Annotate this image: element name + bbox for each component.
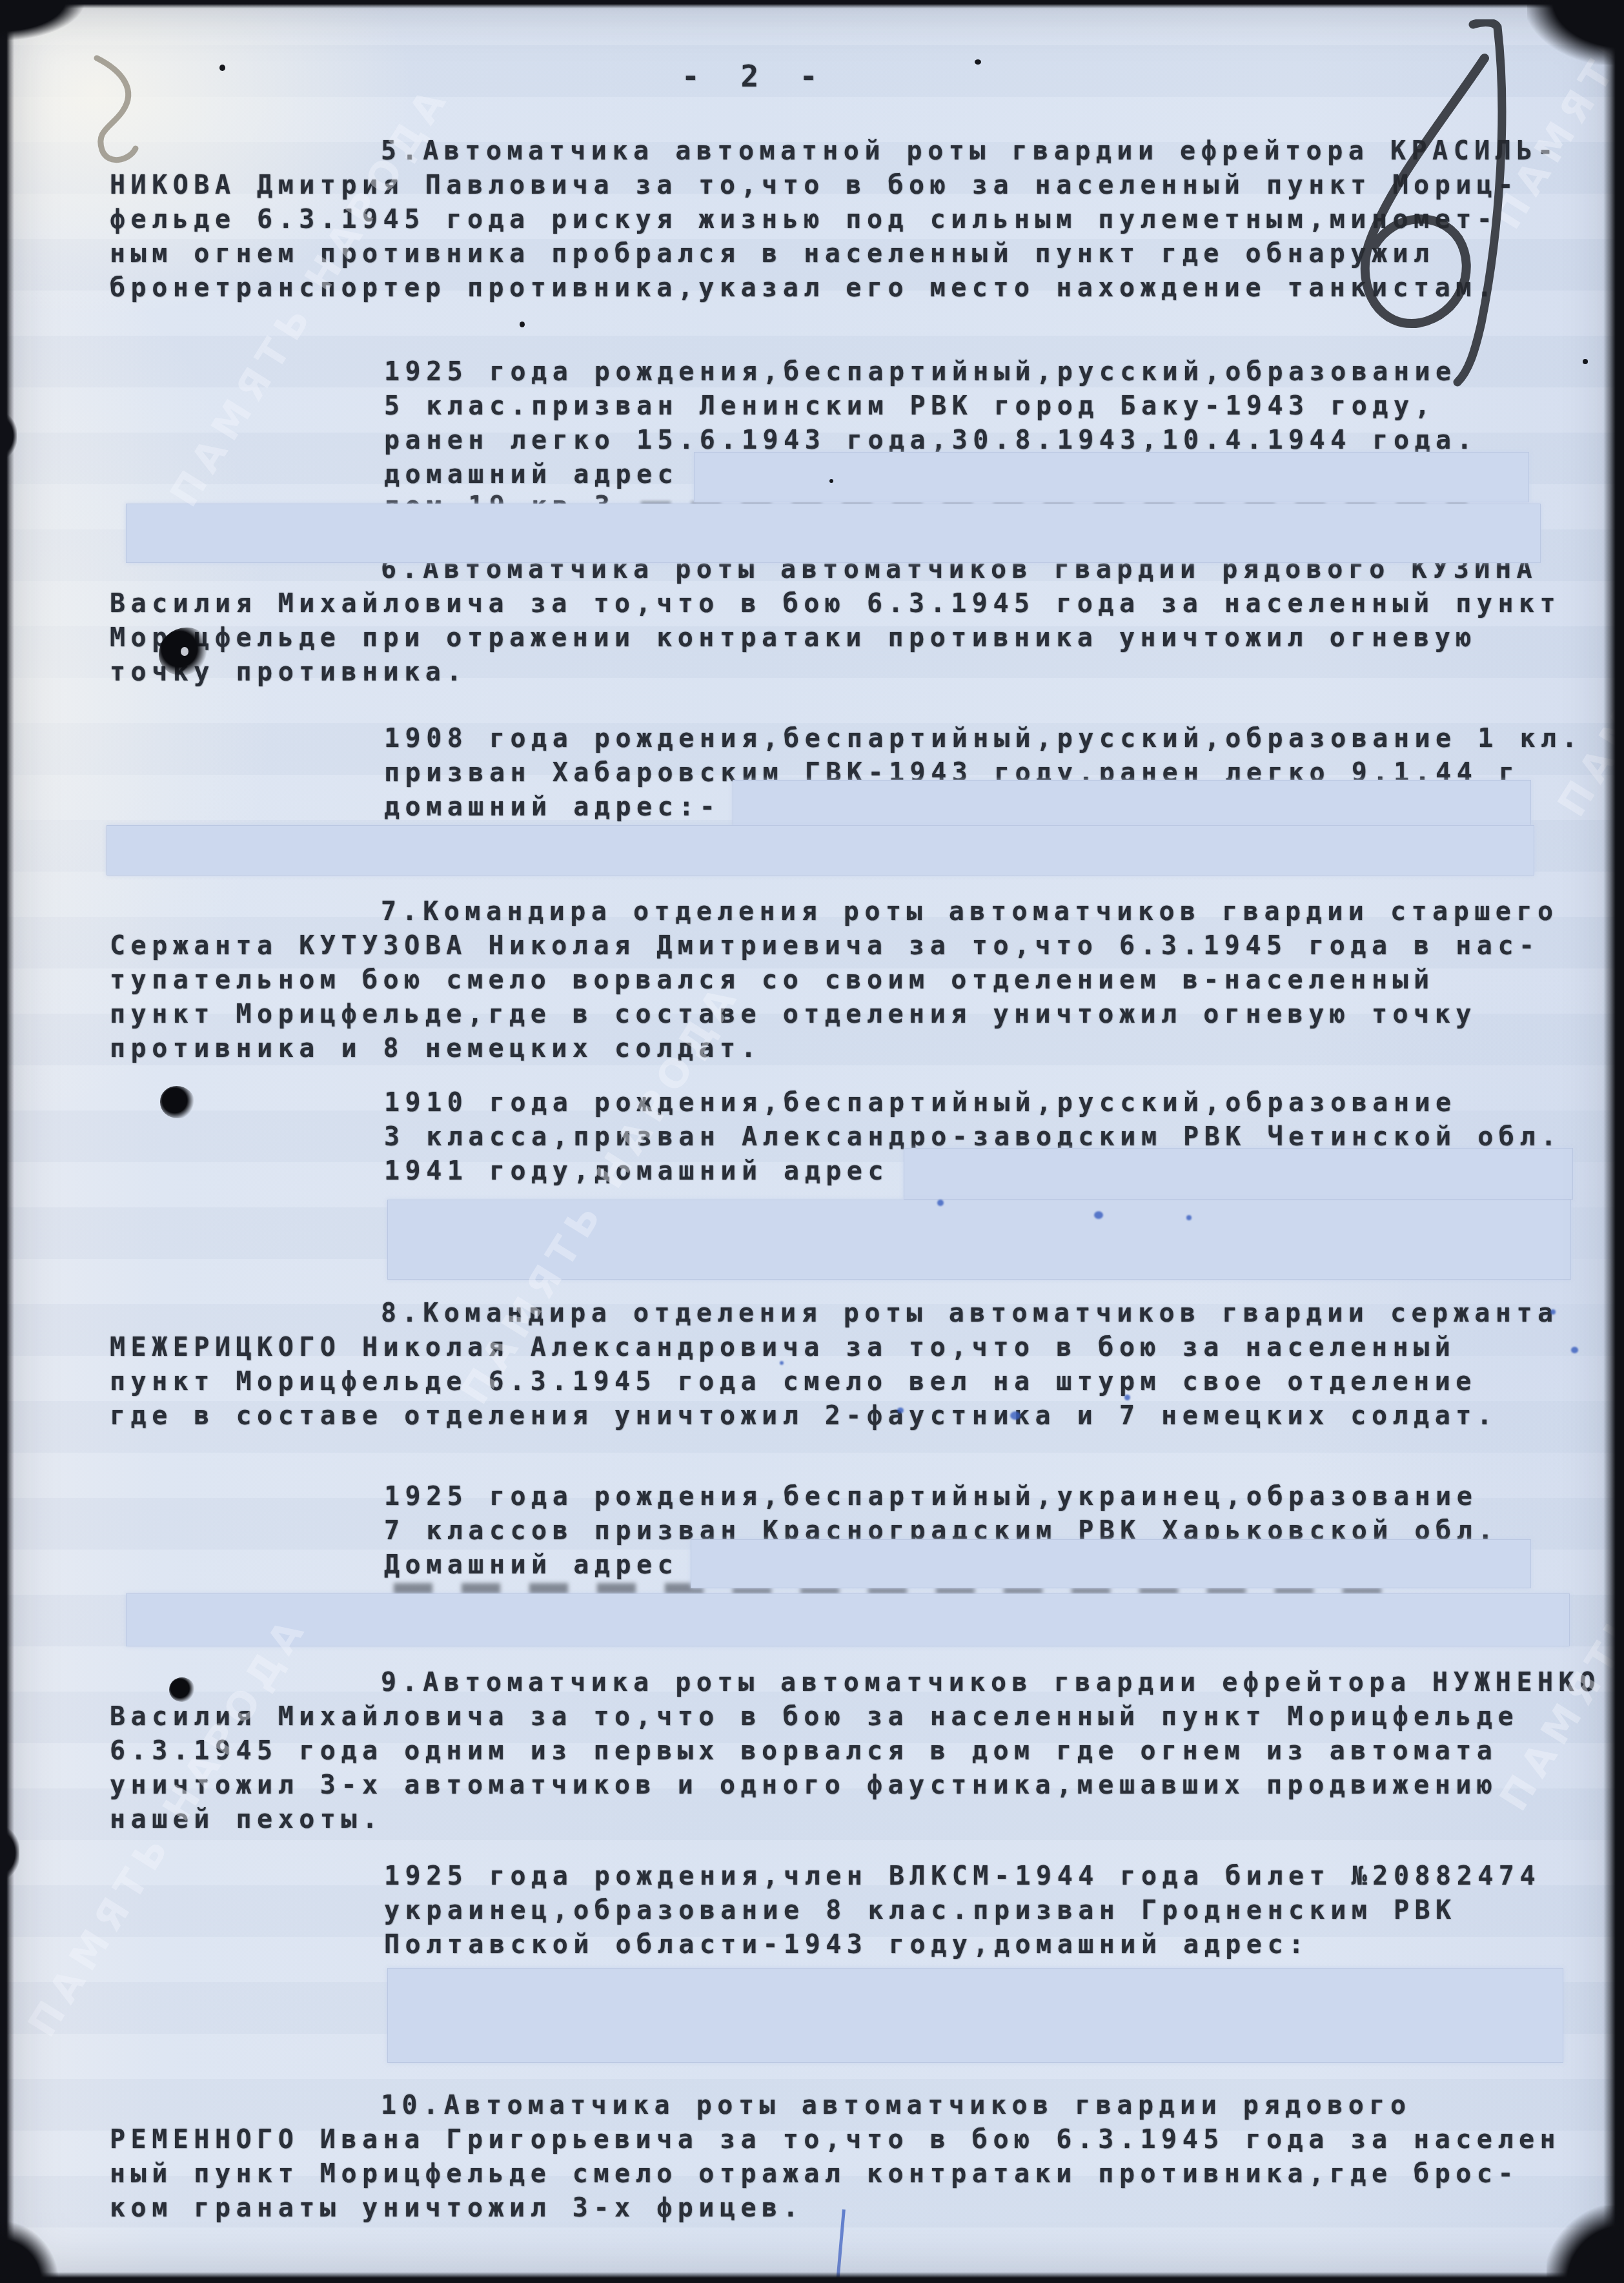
redaction-block [126,504,1541,563]
text-line: Морицфельде при отражении контратаки про… [110,621,1561,655]
text-line: Сержанта КУТУЗОВА Николая Дмитриевича за… [110,929,1559,963]
text-line: украинец,образование 8 клас.призван Грод… [384,1894,1541,1928]
blue-ink-speck [897,1408,904,1413]
text-line: Полтавской области-1943 году,домашний ад… [384,1928,1541,1962]
redaction-block [694,452,1529,502]
scanner-edge [0,0,1624,8]
scanner-corner [0,0,84,40]
blot-glint [181,647,188,656]
scanner-edge [0,2272,1624,2283]
entry-8-citation: 8.Командира отделения роты автоматчиков … [110,1296,1559,1433]
text-line: пункт Морицфельде 6.3.1945 года смело ве… [110,1365,1559,1399]
text-line: ный пункт Морицфельде смело отражал конт… [110,2157,1561,2191]
text-line: 9.Автоматчика роты автоматчиков гвардии … [110,1666,1601,1700]
text-line: точку противника. [110,655,1561,690]
redaction-block [126,1593,1570,1646]
paper-speck [829,479,833,483]
entry-6-citation: 6.Автоматчика роты автоматчиков гвардии … [110,553,1561,690]
blue-ink-speck [937,1200,944,1206]
blue-ink-speck [1010,1411,1020,1420]
paper-speck [219,65,225,71]
redaction-block [733,780,1531,826]
text-line: 10.Автоматчика роты автоматчиков гвардии… [110,2089,1561,2123]
text-line: 1925 года рождения,член ВЛКСМ-1944 года … [384,1859,1541,1894]
page-number: - 2 - [682,59,829,94]
text-line: 7.Командира отделения роты автоматчиков … [110,895,1559,929]
blue-ink-speck [1571,1347,1578,1353]
redaction-block [387,1968,1563,2063]
text-line: 8.Командира отделения роты автоматчиков … [110,1296,1559,1331]
text-line: Василия Михайловича за то,что в бою 6.3.… [110,587,1561,621]
entry-7-citation: 7.Командира отделения роты автоматчиков … [110,895,1559,1066]
text-line: где в составе отделения уничтожил 2-фаус… [110,1399,1559,1433]
redaction-block [387,1200,1571,1280]
paper-speck [1583,359,1588,364]
ink-blot [169,1677,195,1702]
handwritten-pen-mark [1284,19,1620,407]
text-line: РЕМЕННОГО Ивана Григорьевича за то,что в… [110,2123,1561,2157]
blue-ink-speck [780,1361,784,1365]
blue-ink-speck [1094,1211,1103,1219]
blue-ink-speck [1124,1395,1130,1400]
text-line: Василия Михайловича за то,что в бою за н… [110,1700,1601,1734]
entry-9-details: 1925 года рождения,член ВЛКСМ-1944 года … [384,1859,1541,1962]
text-line: тупательном бою смело ворвался со своим … [110,963,1559,998]
blue-ink-speck [1186,1215,1192,1220]
paper-speck [975,59,981,65]
paper-scratch-mark [83,53,179,169]
text-line: пункт Морицфельде,где в составе отделени… [110,998,1559,1032]
scanner-edge-notch [0,1827,19,1879]
text-line: противника и 8 немецких солдат. [110,1032,1559,1066]
scanner-edge [0,0,14,2283]
text-line: 1910 года рождения,беспартийный,русский,… [384,1086,1562,1120]
text-line: нашей пехоты. [110,1803,1601,1837]
paper-speck [520,322,525,327]
text-line: ком гранаты уничтожил 3-х фрицев. [110,2191,1561,2226]
ink-blot [160,1086,195,1118]
text-line: МЕЖЕРИЦКОГО Николая Александровича за то… [110,1331,1559,1365]
text-line: 6.3.1945 года одним из первых ворвался в… [110,1734,1601,1768]
text-line: уничтожил 3-х автоматчиков и одного фаус… [110,1768,1601,1803]
blue-ink-speck [1550,1309,1556,1315]
scanner-corner [0,2222,58,2283]
scanner-edge-notch [0,413,17,458]
redaction-block [691,1539,1531,1588]
text-line: 1925 года рождения,беспартийный,украинец… [384,1480,1499,1514]
text-line: 1908 года рождения,беспартийный,русский,… [384,722,1583,756]
redaction-block [107,825,1534,875]
entry-9-citation: 9.Автоматчика роты автоматчиков гвардии … [110,1666,1601,1837]
entry-10-citation: 10.Автоматчика роты автоматчиков гвардии… [110,2089,1561,2226]
document-page: ПАМЯТЬ НАРОДА ПАМЯТЬ НАРОДА ПАМЯТЬ НАРОД… [0,0,1624,2283]
redaction-block [904,1148,1573,1200]
